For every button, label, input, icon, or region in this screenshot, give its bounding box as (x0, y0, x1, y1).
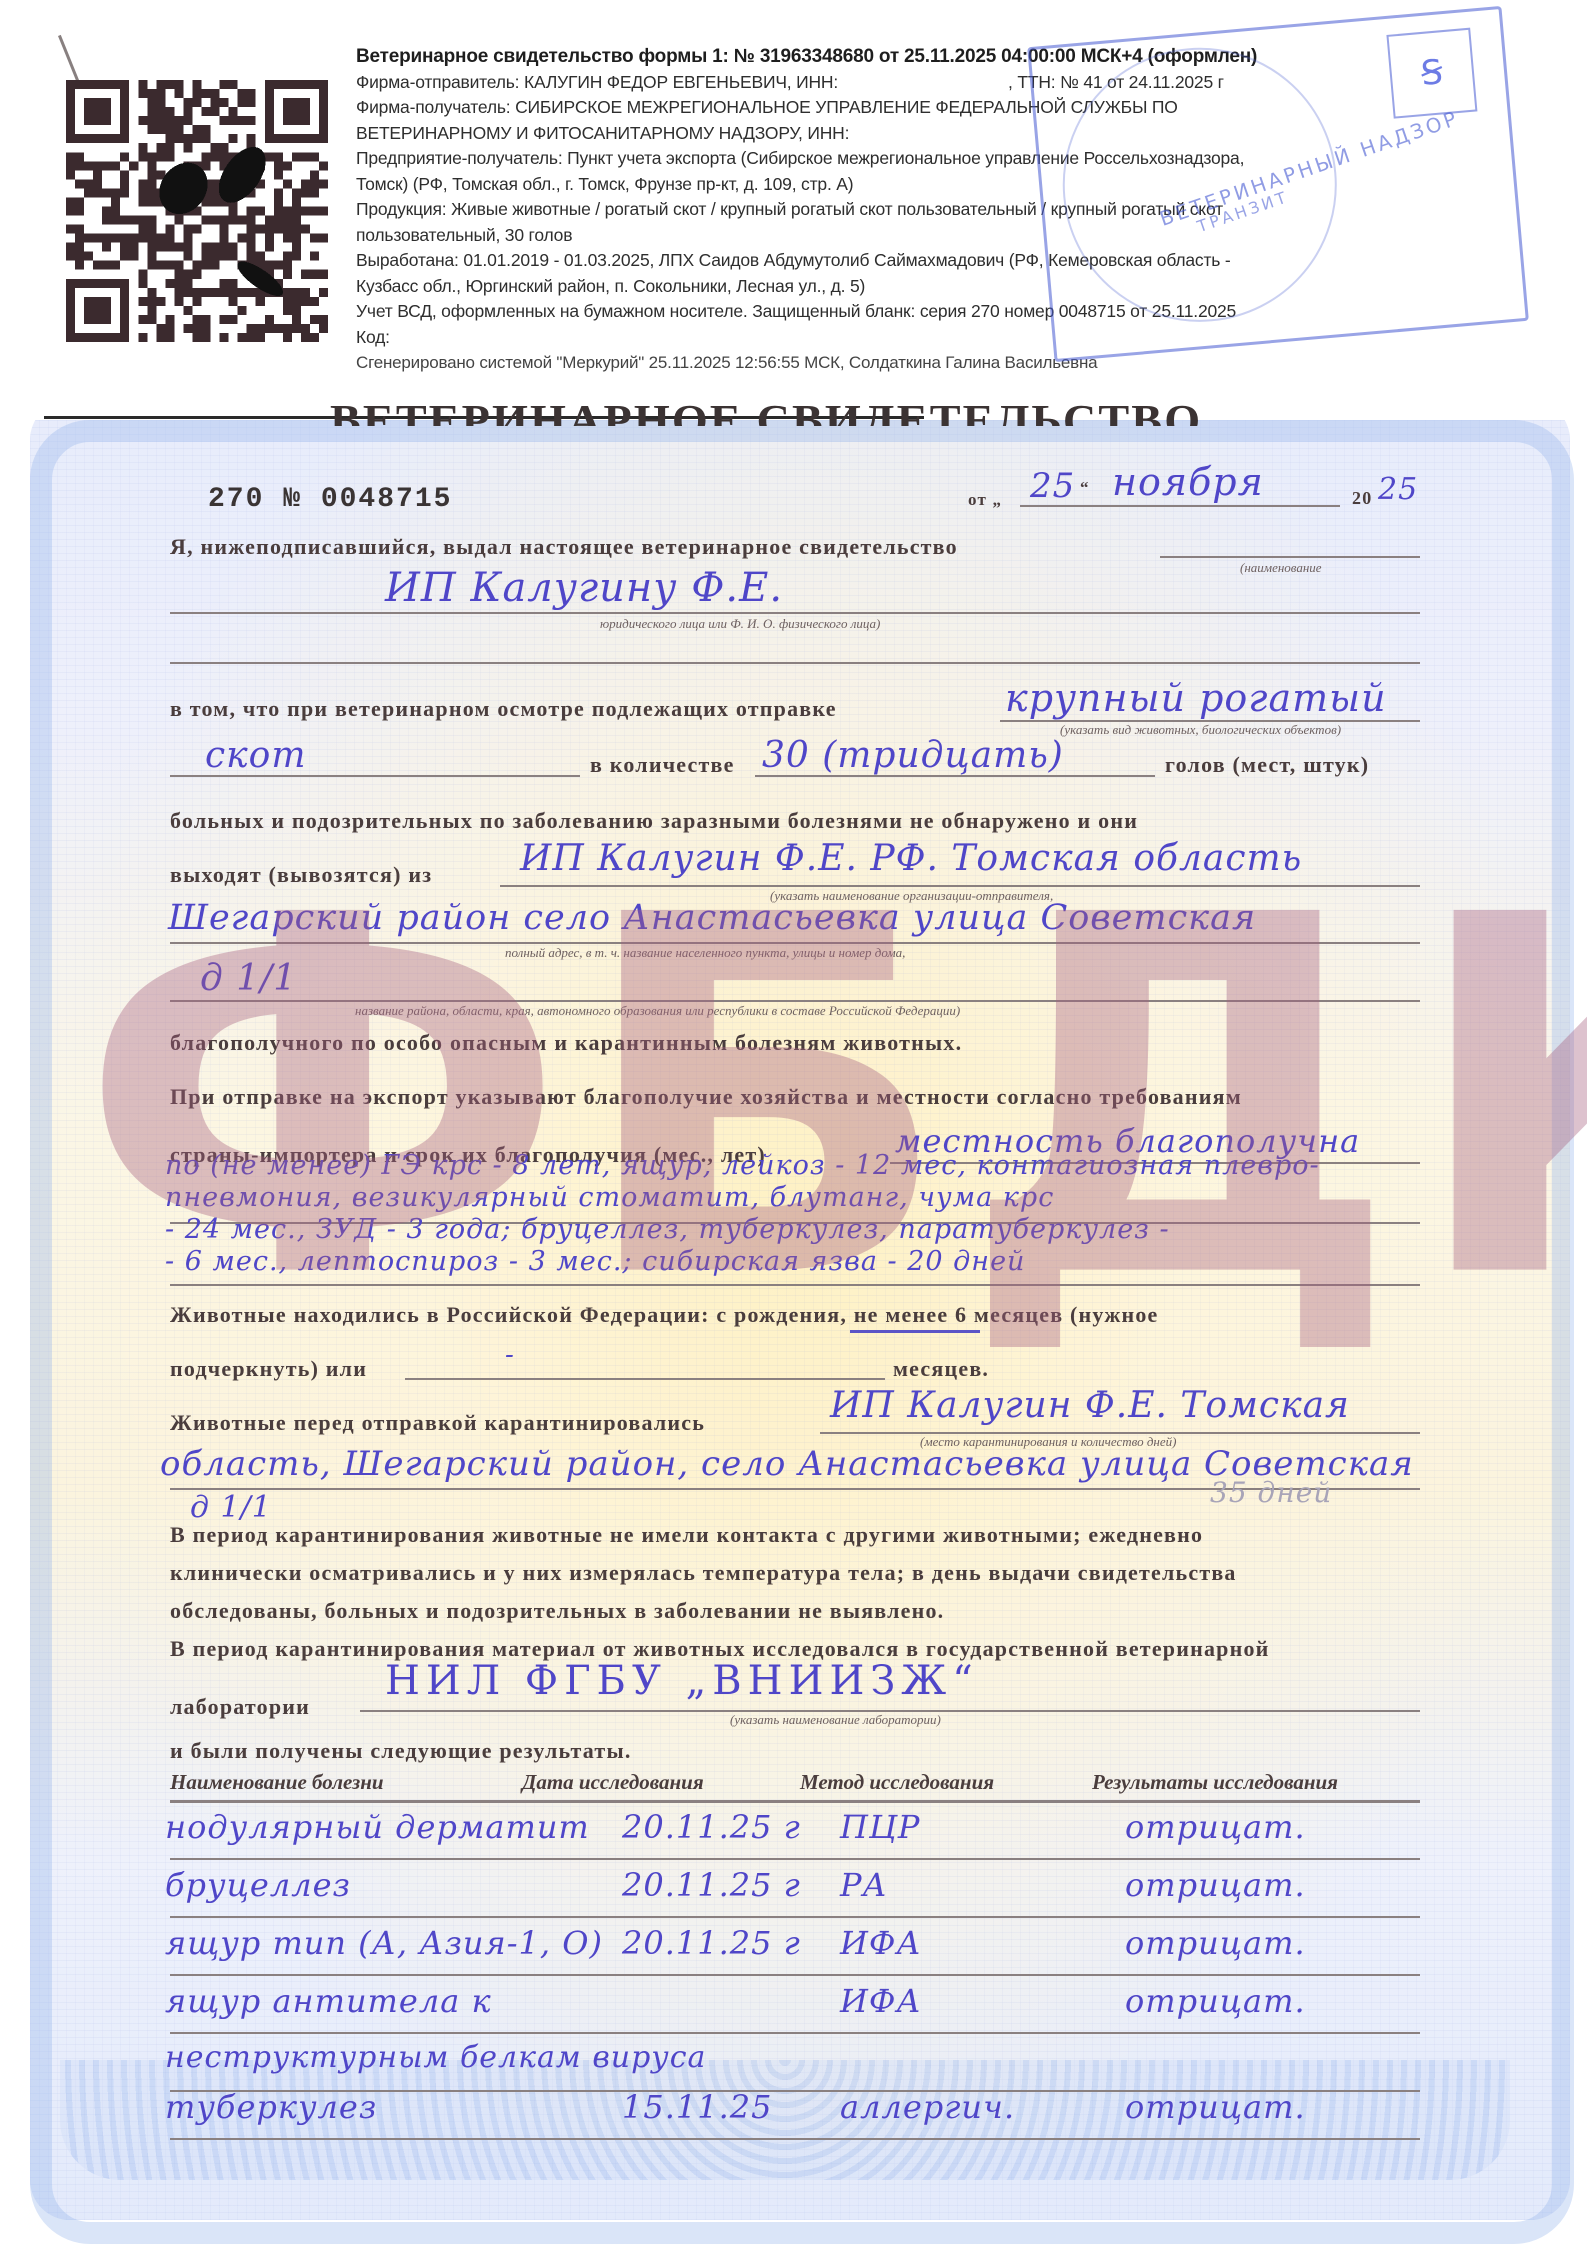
export-hw-3: пневмония, везикулярный стоматит, блутан… (165, 1182, 1054, 1213)
result-cell-date: 15.11.25 (622, 2088, 773, 2126)
table-row-rule (170, 2138, 1420, 2140)
result-cell-disease: нодулярный дерматит (165, 1808, 590, 1846)
result-cell-disease: туберкулез (165, 2088, 377, 2126)
quarantine-line-3: д 1/1 (190, 1490, 272, 1525)
quarantine-label: Животные перед отправкой карантинировали… (170, 1410, 705, 1436)
date-day: 25 (1030, 466, 1075, 506)
result-cell-date: 20.11.25 г (622, 1808, 801, 1846)
rule (1160, 556, 1420, 558)
column-header: Результаты исследования (1092, 1770, 1338, 1795)
column-header: Дата исследования (522, 1770, 704, 1795)
origin-line-1: ИП Калугин Ф.Е. РФ. Томская область (520, 838, 1302, 879)
issued-text: Я, нижеподписавшийся, выдал настоящее ве… (170, 534, 958, 560)
export-hw-4: - 24 мес., ЗУД - 3 года; бруцеллез, тубе… (165, 1214, 1170, 1245)
in-rf-text-2b: месяцев. (893, 1356, 989, 1382)
hint: (указать вид животных, биологических объ… (1060, 722, 1341, 738)
wellbeing-text: благополучного по особо опасным и карант… (170, 1030, 962, 1056)
underline-mark (850, 1330, 980, 1333)
result-cell-disease: ящур антитела к (165, 1982, 492, 2020)
issued-to: ИП Калугину Ф.Е. (385, 565, 783, 611)
in-rf-text-2a: подчеркнуть) или (170, 1356, 367, 1382)
result-cell-result: отрицат. (1125, 1866, 1306, 1904)
result-cell-result: отрицат. (1125, 1808, 1306, 1846)
result-cell-method: РА (840, 1866, 888, 1904)
date-year-prefix: 20 (1352, 488, 1372, 509)
rule (170, 942, 1420, 944)
date-prefix: от „ (968, 490, 1002, 510)
result-cell-date: 20.11.25 г (622, 1924, 801, 1962)
quantity-value: 30 (тридцать) (762, 735, 1064, 776)
result-cell-result: отрицат. (1125, 1924, 1306, 1962)
hint: (указать наименование лаборатории) (730, 1712, 941, 1728)
rule (405, 1378, 885, 1380)
result-cell-disease: неструктурным белкам вируса (165, 2040, 706, 2075)
results-text: и были получены следующие результаты. (170, 1738, 632, 1764)
table-row-rule (170, 1858, 1420, 1860)
column-header: Метод исследования (800, 1770, 994, 1795)
lab-label: лаборатории (170, 1694, 310, 1720)
quarantine-text-1: В период карантинирования животные не им… (170, 1522, 1203, 1548)
result-cell-method: аллергич. (840, 2088, 1015, 2126)
hint: юридического лица или Ф. И. О. физическо… (600, 616, 880, 632)
quantity-unit: голов (мест, штук) (1165, 752, 1369, 778)
rule (170, 775, 580, 777)
quarantine-text-3: обследованы, больных и подозрительных в … (170, 1598, 944, 1624)
animal-kind-2: скот (205, 735, 306, 776)
result-cell-disease: бруцеллез (165, 1866, 351, 1904)
in-rf-text-1: Животные находились в Российской Федерац… (170, 1302, 1159, 1328)
export-hw-2: по (не менее) ГЭ крс - 8 лет, ящур, лейк… (165, 1150, 1320, 1181)
table-row-rule (170, 1916, 1420, 1918)
animal-kind-1: крупный рогатый (1005, 676, 1387, 720)
rule (170, 1000, 1420, 1002)
hint: (наименование (1240, 560, 1322, 576)
hint: название района, области, края, автономн… (355, 1003, 960, 1019)
result-cell-method: ПЦР (840, 1808, 920, 1846)
date-quote: “ (1080, 478, 1090, 498)
date-year: 25 (1378, 472, 1418, 507)
rule (170, 612, 1420, 614)
in-rf-value: - (505, 1340, 515, 1370)
result-cell-date: 20.11.25 г (622, 1866, 801, 1904)
quarantine-text-2: клинически осматривались и у них измерял… (170, 1560, 1237, 1586)
origin-line-3: д 1/1 (200, 958, 297, 999)
rule (500, 885, 1420, 887)
quantity-label: в количестве (590, 752, 735, 778)
lab-value: НИЛ ФГБУ „ВНИИЗЖ“ (385, 1658, 979, 1704)
origin-line-2: Шегарский район село Анастасьевка улица … (168, 898, 1256, 938)
result-cell-method: ИФА (840, 1924, 922, 1962)
header-rule (170, 1800, 1420, 1803)
result-cell-method: ИФА (840, 1982, 922, 2020)
result-cell-result: отрицат. (1125, 1982, 1306, 2020)
rule (755, 775, 1155, 777)
inspection-text: в том, что при ветеринарном осмотре подл… (170, 696, 837, 722)
veterinary-certificate-form: ВЕТЕРИНАРНОЕ СВИДЕТЕЛЬСТВО 270 № 0048715… (0, 0, 1587, 2245)
quarantine-line-1: ИП Калугин Ф.Е. Томская (830, 1385, 1350, 1426)
result-cell-disease: ящур тип (А, Азия-1, О) (165, 1924, 603, 1962)
form-title: ВЕТЕРИНАРНОЕ СВИДЕТЕЛЬСТВО (330, 392, 1202, 426)
rule (170, 1284, 1420, 1286)
no-disease-text: больных и подозрительных по заболеванию … (170, 808, 1138, 834)
date-rule (1020, 505, 1340, 507)
hint: полный адрес, в т. ч. название населенно… (505, 945, 905, 961)
table-row-rule (170, 2032, 1420, 2034)
result-cell-result: отрицат. (1125, 2088, 1306, 2126)
table-row-rule (170, 1974, 1420, 1976)
origin-label: выходят (вывозятся) из (170, 862, 432, 888)
export-hw-5: - 6 мес., лептоспироз - 3 мес.; сибирска… (165, 1246, 1025, 1277)
quarantine-days: 35 дней (1210, 1476, 1332, 1509)
column-header: Наименование болезни (170, 1770, 384, 1795)
rule (170, 662, 1420, 664)
series-number: 270 № 0048715 (208, 484, 452, 515)
date-month: ноября (1112, 460, 1264, 504)
export-text-1: При отправке на экспорт указывают благоп… (170, 1084, 1242, 1110)
